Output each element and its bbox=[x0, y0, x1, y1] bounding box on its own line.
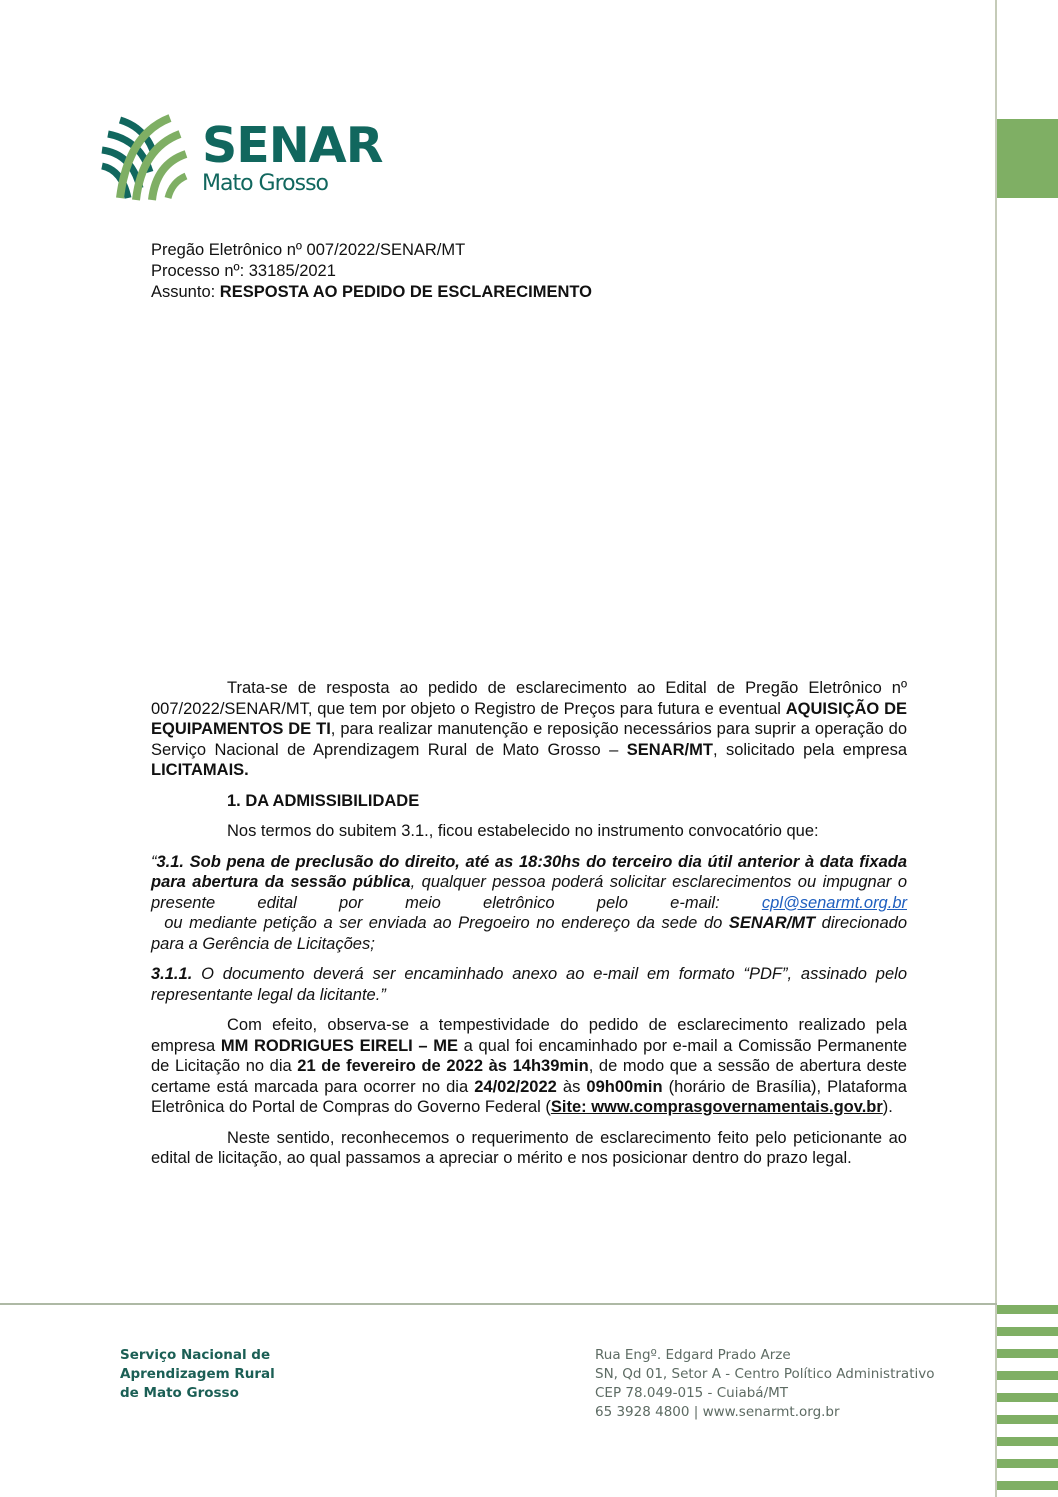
timeliness-paragraph: Com efeito, observa-se a tempestividade … bbox=[151, 1015, 907, 1118]
pregao-number: Pregão Eletrônico nº 007/2022/SENAR/MT bbox=[151, 240, 592, 261]
footer-stripes bbox=[997, 1305, 1058, 1497]
quote-clause-3-1-1: 3.1.1. O documento deverá ser encaminhad… bbox=[151, 964, 907, 1005]
section-lead: Nos termos do subitem 3.1., ficou estabe… bbox=[151, 821, 907, 842]
subject-line: Assunto: RESPOSTA AO PEDIDO DE ESCLARECI… bbox=[151, 282, 592, 303]
subject-label: Assunto: bbox=[151, 283, 220, 301]
logo-subtitle: Mato Grosso bbox=[202, 172, 328, 196]
logo-title: SENAR bbox=[202, 118, 382, 174]
senar-leaf-icon bbox=[98, 114, 188, 202]
footer-divider bbox=[0, 1303, 997, 1305]
right-border-line bbox=[995, 0, 997, 1497]
side-accent-block bbox=[997, 119, 1058, 198]
footer-organization: Serviço Nacional de Aprendizagem Rural d… bbox=[120, 1346, 275, 1403]
processo-number: Processo nº: 33185/2021 bbox=[151, 261, 592, 282]
section-heading: 1. DA ADMISSIBILIDADE bbox=[227, 791, 907, 812]
document-header: Pregão Eletrônico nº 007/2022/SENAR/MT P… bbox=[151, 240, 592, 303]
footer-address: Rua Engº. Edgard Prado Arze SN, Qd 01, S… bbox=[595, 1346, 935, 1422]
conclusion-paragraph: Neste sentido, reconhecemos o requerimen… bbox=[151, 1128, 907, 1169]
quote-clause-3-1: “3.1. Sob pena de preclusão do direito, … bbox=[151, 852, 907, 955]
site-link[interactable]: Site: www.comprasgovernamentais.gov.br bbox=[551, 1098, 883, 1116]
document-body: Trata-se de resposta ao pedido de esclar… bbox=[151, 678, 907, 1179]
intro-paragraph: Trata-se de resposta ao pedido de esclar… bbox=[151, 678, 907, 781]
subject-value: RESPOSTA AO PEDIDO DE ESCLARECIMENTO bbox=[220, 283, 592, 301]
senar-logo: SENAR Mato Grosso bbox=[98, 114, 370, 204]
email-link[interactable]: cpl@senarmt.org.br bbox=[762, 894, 907, 912]
